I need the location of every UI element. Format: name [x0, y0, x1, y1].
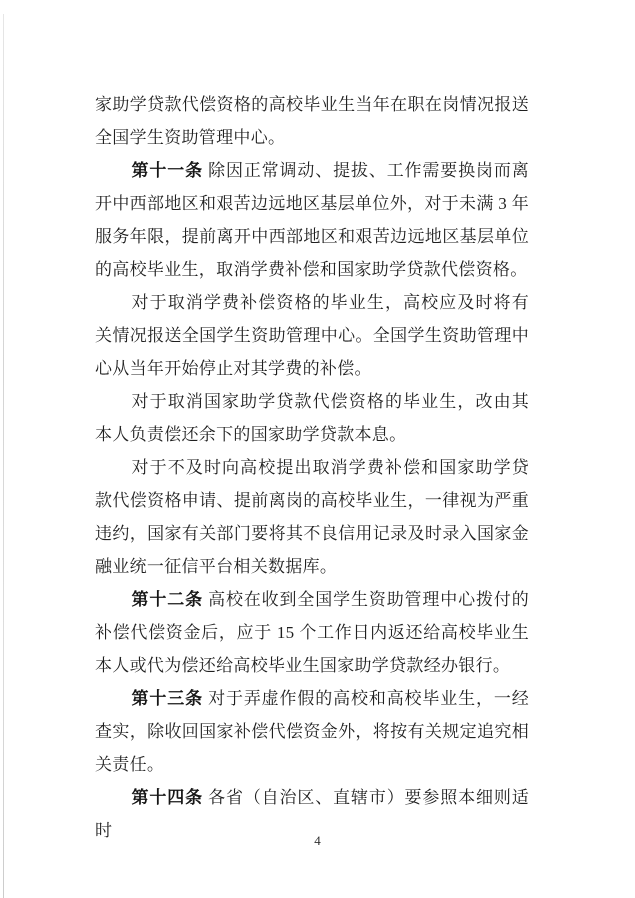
paragraph: 对于取消学费补偿资格的毕业生，高校应及时将有关情况报送全国学生资助管理中心。全国…	[95, 286, 529, 385]
paragraph: 对于不及时向高校提出取消学费补偿和国家助学贷款代偿资格申请、提前离岗的高校毕业生…	[95, 451, 529, 583]
paragraph: 第十一条除因正常调动、提拔、工作需要换岗而离开中西部地区和艰苦边远地区基层单位外…	[95, 154, 529, 286]
scan-edge-artifact	[3, 14, 4, 898]
page-number: 4	[0, 833, 635, 849]
document-body: 家助学贷款代偿资格的高校毕业生当年在职在岗情况报送全国学生资助管理中心。第十一条…	[95, 88, 529, 847]
article-number: 第十四条	[132, 788, 203, 807]
paragraph: 第十二条高校在收到全国学生资助管理中心拨付的补偿代偿资金后，应于 15 个工作日…	[95, 583, 529, 682]
article-number: 第十一条	[132, 161, 203, 180]
article-number: 第十二条	[132, 590, 203, 609]
document-page: 家助学贷款代偿资格的高校毕业生当年在职在岗情况报送全国学生资助管理中心。第十一条…	[0, 0, 635, 898]
article-number: 第十三条	[132, 689, 203, 708]
paragraph: 第十三条对于弄虚作假的高校和高校毕业生，一经查实，除收回国家补偿代偿资金外，将按…	[95, 682, 529, 781]
paragraph: 家助学贷款代偿资格的高校毕业生当年在职在岗情况报送全国学生资助管理中心。	[95, 88, 529, 154]
paragraph: 对于取消国家助学贷款代偿资格的毕业生，改由其本人负责偿还余下的国家助学贷款本息。	[95, 385, 529, 451]
